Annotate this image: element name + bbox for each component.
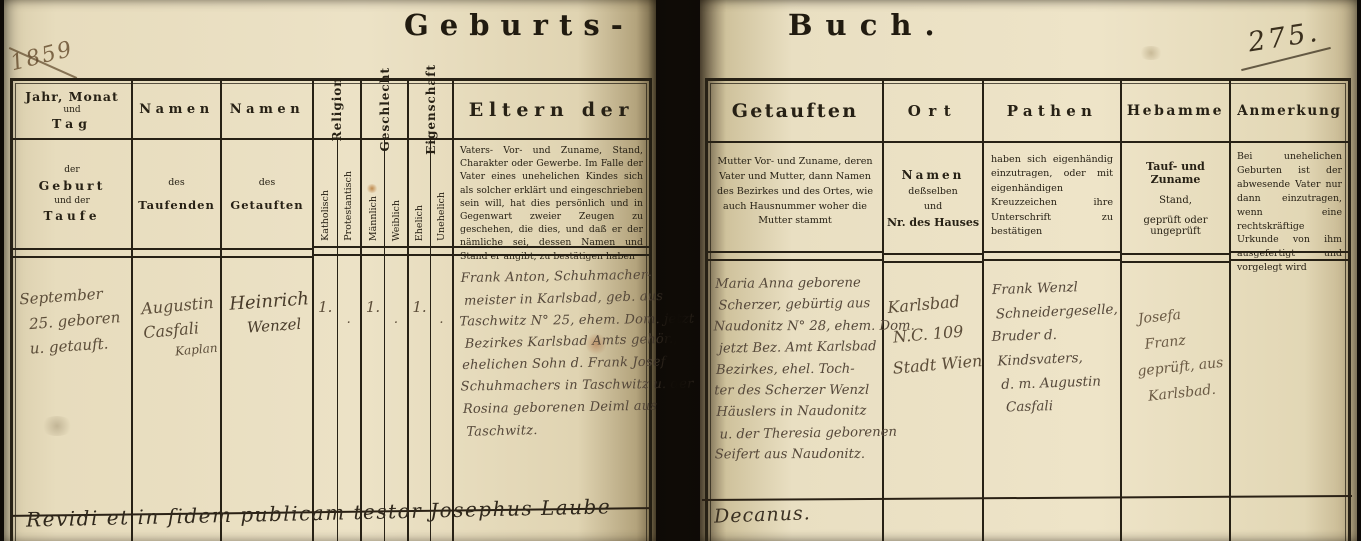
header-divider bbox=[362, 248, 384, 256]
column-baptizer-subtitle: desTaufenden bbox=[133, 140, 220, 250]
mark-illegitimate: . bbox=[431, 312, 452, 327]
header-divider bbox=[1122, 255, 1229, 263]
label-female: Weiblich bbox=[391, 200, 402, 241]
header-divider bbox=[13, 250, 131, 258]
right-page: Buch. 275. Getauften Mutter Vor- und Zun… bbox=[700, 0, 1357, 541]
column-place-subtitle: NamendeßselbenundNr. des Hauses bbox=[884, 143, 982, 255]
column-godparents-subtitle: haben sich eigenhändig einzutragen, oder… bbox=[984, 143, 1120, 253]
column-legitimacy-title: Eigenschaft bbox=[424, 64, 438, 155]
entry-place: KarlsbadN.C. 109Stadt Wien bbox=[886, 285, 983, 384]
column-remark-subtitle: Bei unehelichen Geburten ist der abwesen… bbox=[1231, 143, 1348, 253]
book-gutter bbox=[648, 0, 706, 541]
header-divider bbox=[1231, 253, 1348, 261]
cell-baptized: HeinrichWenzel bbox=[222, 258, 312, 541]
register-spread: Geburts- 1859 Jahr, MonatundTag derGebur… bbox=[0, 0, 1361, 541]
subcolumn-catholic: Katholisch 1. bbox=[314, 140, 338, 541]
mark-female: . bbox=[385, 312, 407, 327]
column-baptizer: Namen desTaufenden AugustinCasfaliKaplan bbox=[133, 81, 222, 541]
column-baptized: Namen desGetauften HeinrichWenzel bbox=[222, 81, 314, 541]
column-midwife: Hebamme Tauf- und ZunameStand,geprüft od… bbox=[1122, 81, 1231, 541]
label-male: Männlich bbox=[368, 196, 379, 241]
column-religion-title: Religion bbox=[330, 77, 344, 141]
header-divider bbox=[314, 248, 337, 256]
label-protestant: Protestantisch bbox=[343, 171, 354, 241]
header-divider bbox=[984, 253, 1120, 261]
header-divider bbox=[454, 248, 649, 256]
column-baptizer-title: Namen bbox=[139, 102, 214, 117]
left-page: Geburts- 1859 Jahr, MonatundTag derGebur… bbox=[4, 0, 656, 541]
year-annotation: 1859 bbox=[8, 37, 76, 77]
subcolumn-illegitimate: Unehelich . bbox=[431, 140, 452, 541]
label-illegitimate: Unehelich bbox=[436, 192, 447, 241]
left-register-table: Jahr, MonatundTag derGeburtund derTaufe … bbox=[10, 78, 652, 541]
entry-date: September25. geborenu. getauft. bbox=[19, 281, 120, 362]
mark-legitimate: 1. bbox=[409, 298, 430, 316]
column-date-title: Jahr, MonatundTag bbox=[13, 81, 131, 140]
column-gender-title: Geschlecht bbox=[378, 67, 392, 151]
column-midwife-title: Hebamme bbox=[1127, 103, 1224, 119]
cell-date: September25. geborenu. getauft. bbox=[13, 258, 131, 541]
entry-baptized-name: HeinrichWenzel bbox=[228, 285, 311, 340]
header-divider bbox=[338, 248, 361, 256]
header-divider bbox=[222, 250, 312, 258]
column-parents: Eltern der Vaters- Vor- und Zuname, Stan… bbox=[454, 81, 649, 541]
column-mother: Getauften Mutter Vor- und Zuname, deren … bbox=[708, 81, 884, 541]
column-religion: Religion Katholisch 1. Protestantisch . bbox=[314, 81, 362, 541]
column-legitimacy: Eigenschaft Ehelich 1. Unehelich . bbox=[409, 81, 454, 541]
ink-stain bbox=[1138, 46, 1164, 60]
column-date: Jahr, MonatundTag derGeburtund derTaufe … bbox=[13, 81, 133, 541]
column-baptized-title: Namen bbox=[230, 102, 305, 117]
column-godparents: Pathen haben sich eigenhändig einzutrage… bbox=[984, 81, 1122, 541]
column-remark-title: Anmerkung bbox=[1237, 103, 1342, 119]
column-remark: Anmerkung Bei unehelichen Geburten ist d… bbox=[1231, 81, 1348, 541]
entry-midwife: JosefaFranzgeprüft, ausKarlsbad. bbox=[1137, 299, 1228, 410]
cell-remark bbox=[1231, 261, 1348, 541]
right-register-table: Getauften Mutter Vor- und Zuname, deren … bbox=[705, 78, 1351, 541]
column-parents-subtitle: Vaters- Vor- und Zuname, Stand, Charakte… bbox=[454, 140, 649, 248]
decanus-note: Decanus. bbox=[714, 502, 811, 527]
cell-baptizer: AugustinCasfaliKaplan bbox=[133, 258, 220, 541]
column-godparents-title: Pathen bbox=[1007, 102, 1097, 120]
subcolumn-female: Weiblich . bbox=[385, 140, 407, 541]
header-divider bbox=[708, 253, 882, 261]
column-mother-title: Getauften bbox=[732, 100, 859, 122]
mark-catholic: 1. bbox=[314, 298, 337, 316]
column-place: Ort NamendeßselbenundNr. des Hauses Karl… bbox=[884, 81, 984, 541]
column-parents-title: Eltern der bbox=[469, 99, 634, 121]
header-divider bbox=[133, 250, 220, 258]
subcolumn-protestant: Protestantisch . bbox=[338, 140, 361, 541]
column-date-subtitle: derGeburtund derTaufe bbox=[13, 140, 131, 250]
book-title-right: Buch. bbox=[788, 8, 948, 42]
column-baptized-subtitle: desGetauften bbox=[222, 140, 312, 250]
column-midwife-subtitle: Tauf- und ZunameStand,geprüft oder ungep… bbox=[1122, 143, 1229, 255]
subcolumn-legitimate: Ehelich 1. bbox=[409, 140, 431, 541]
book-title-left: Geburts- bbox=[404, 8, 634, 42]
entry-baptizer: AugustinCasfaliKaplan bbox=[140, 291, 218, 363]
mark-male: 1. bbox=[362, 298, 384, 316]
header-divider bbox=[431, 248, 452, 256]
label-catholic: Katholisch bbox=[320, 190, 331, 241]
column-gender: Geschlecht Männlich 1. Weiblich . bbox=[362, 81, 409, 541]
cell-midwife: JosefaFranzgeprüft, ausKarlsbad. bbox=[1122, 263, 1229, 541]
subcolumn-male: Männlich 1. bbox=[362, 140, 385, 541]
entry-godparents: Frank WenzlSchneidergeselle,Bruder d.Kin… bbox=[992, 275, 1119, 421]
column-place-title: Ort bbox=[908, 102, 958, 120]
header-divider bbox=[884, 255, 982, 263]
header-divider bbox=[409, 248, 430, 256]
header-divider bbox=[385, 248, 407, 256]
label-legitimate: Ehelich bbox=[414, 205, 425, 241]
mark-protestant: . bbox=[338, 312, 361, 327]
column-mother-subtitle: Mutter Vor- und Zuname, deren Vater und … bbox=[708, 143, 882, 253]
